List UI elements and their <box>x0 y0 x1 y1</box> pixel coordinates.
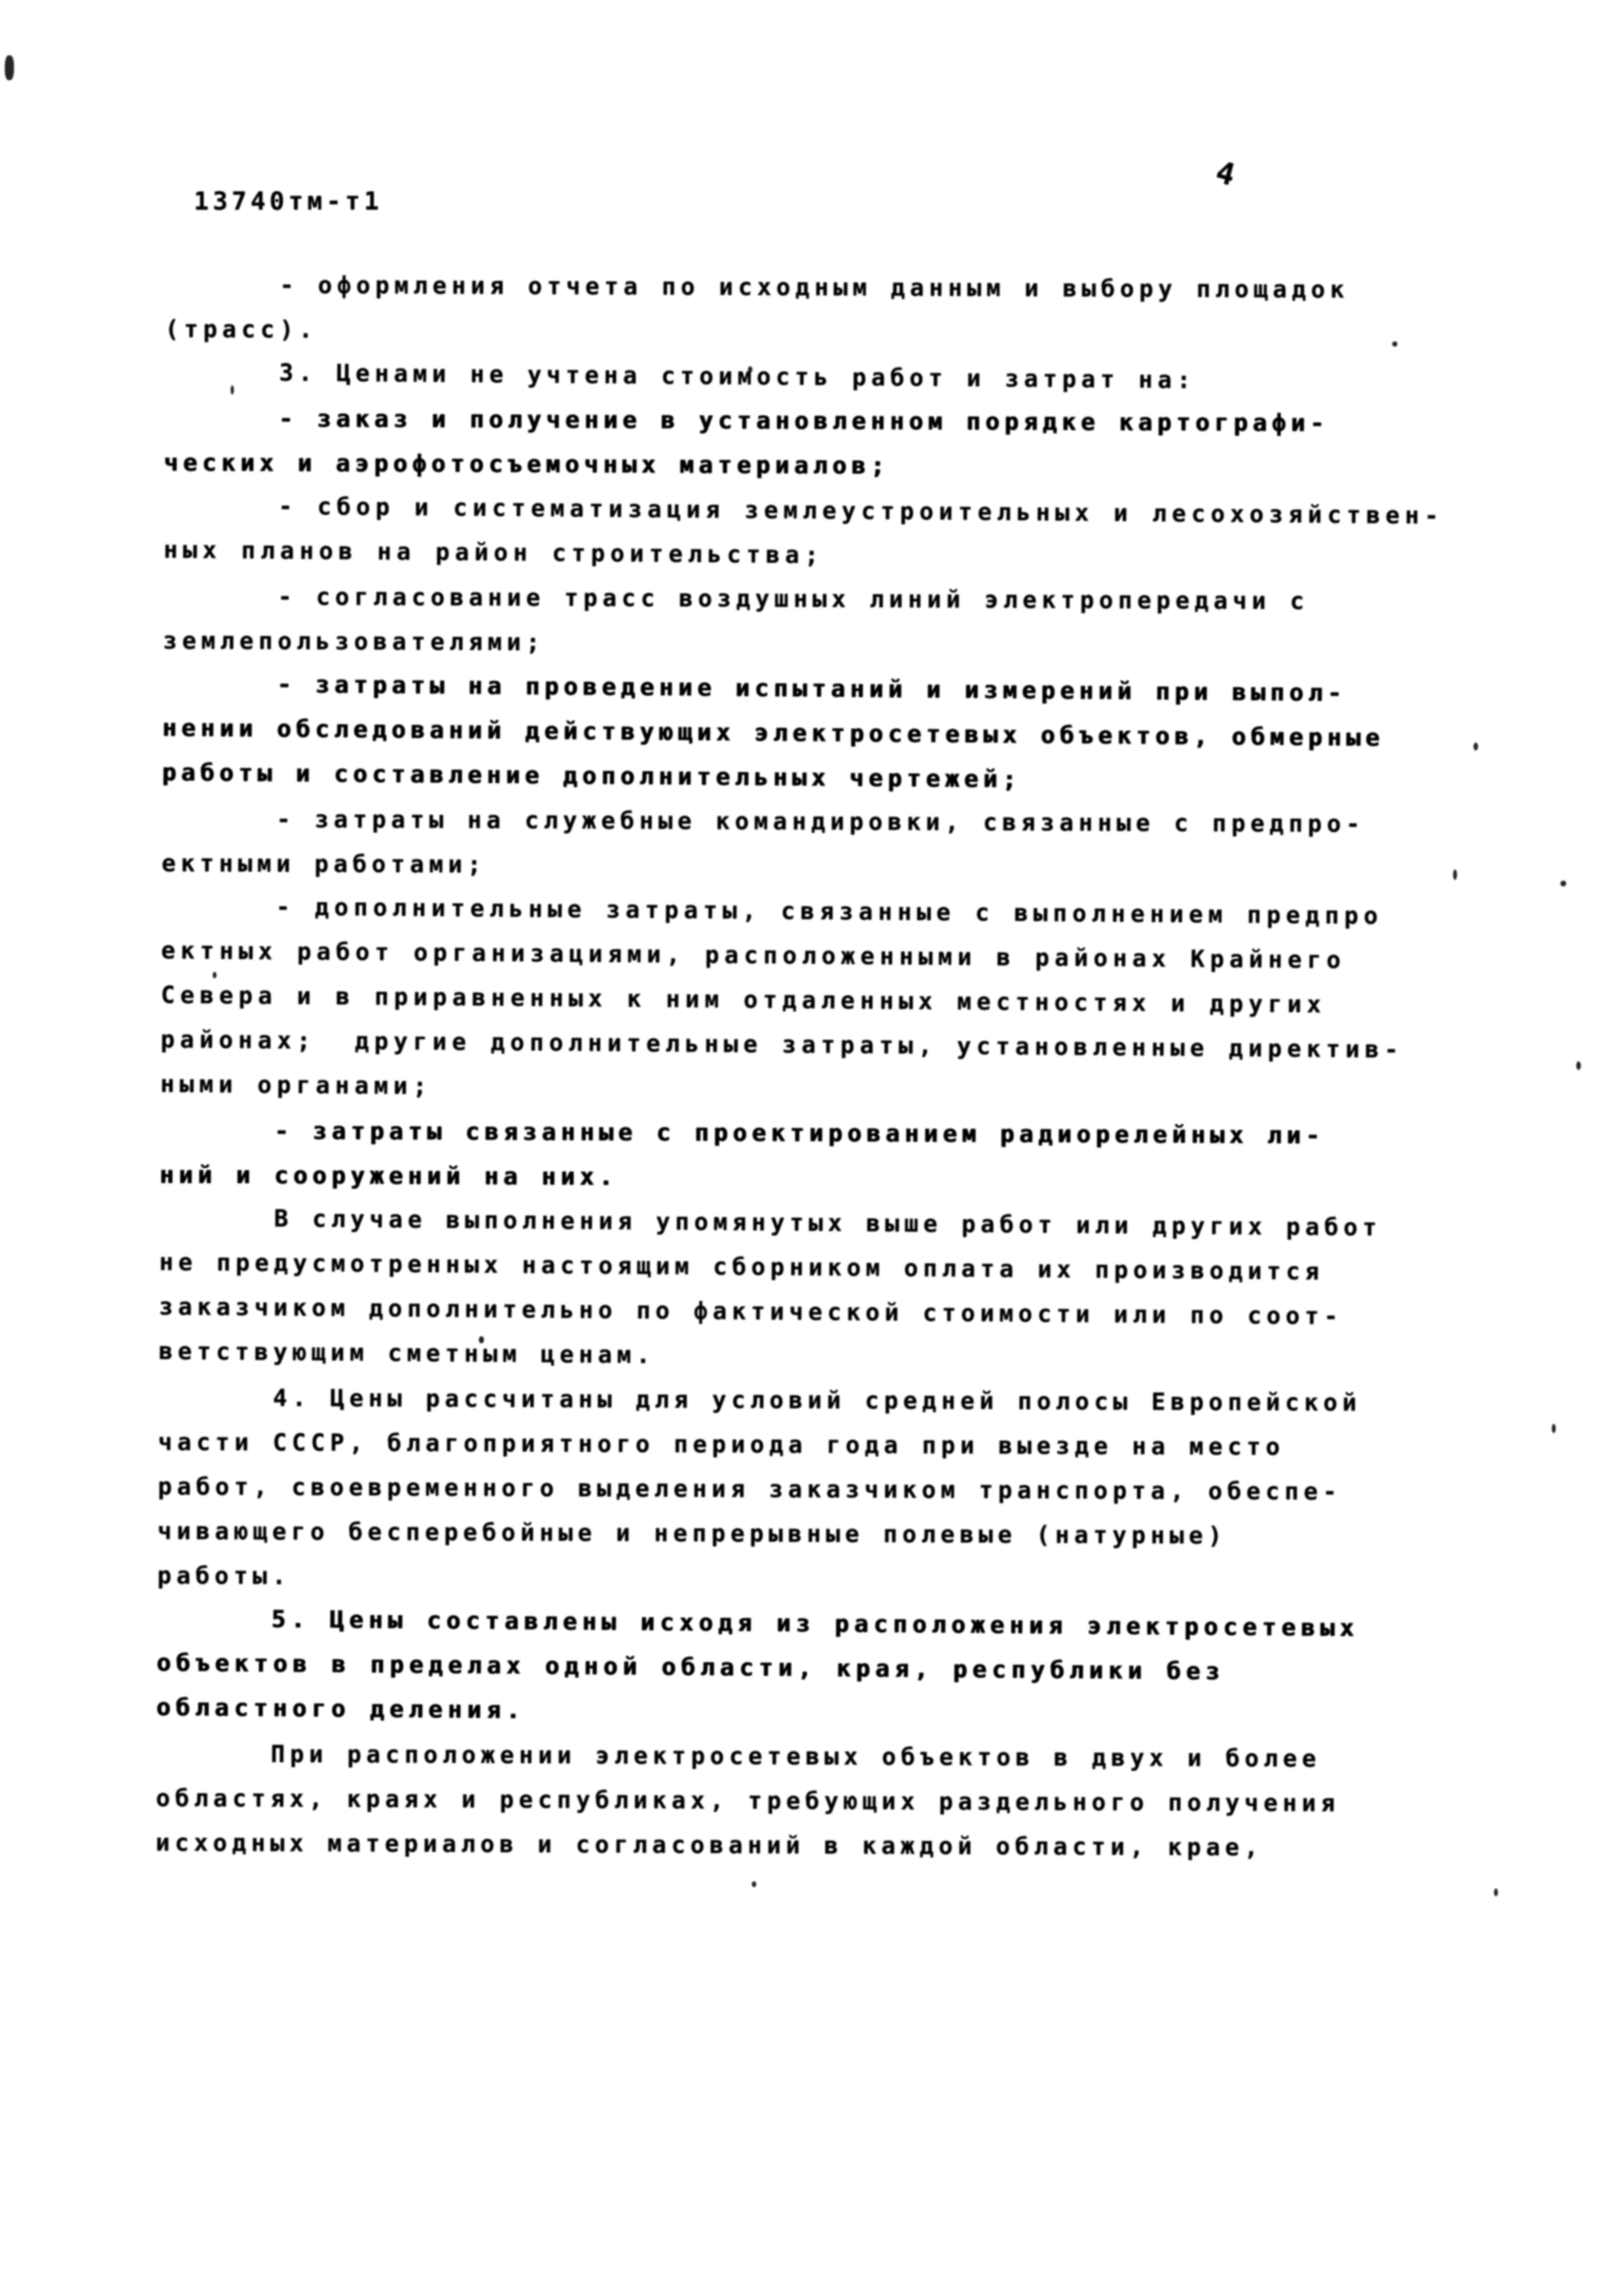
noise-speck <box>751 1881 756 1887</box>
noise-speck <box>1392 341 1398 346</box>
noise-speck <box>213 972 217 978</box>
noise-speck <box>1576 1061 1581 1070</box>
text-line: При расположении электросетевых объектов… <box>156 1732 1465 1783</box>
paragraph: - оформления отчета по исходным данным и… <box>165 262 1475 359</box>
paragraph: 3. Ценами не учтена стоимость работ и за… <box>164 351 1473 403</box>
paragraph: При расположении электросетевых объектов… <box>156 1731 1466 1872</box>
text-line: - оформления отчета по исходным данным и… <box>165 263 1474 314</box>
text-line: ний и сооружений на них. <box>160 1154 1469 1204</box>
noise-speck <box>748 366 753 373</box>
noise-speck <box>1494 1888 1498 1896</box>
text-line: (трасс). <box>165 308 1474 358</box>
noise-speck <box>478 1336 484 1343</box>
scanned-page: 13740тм-т1 4 - оформления отчета по исхо… <box>0 0 1624 2296</box>
paragraph: - дополнительные затраты, связанные с вы… <box>160 885 1471 1116</box>
paragraph: - согласование трасс воздушных линий эле… <box>163 574 1473 670</box>
paragraph: - сбор и систематизация землеустроительн… <box>164 484 1473 581</box>
text-line: областях, краях и республиках, требующих… <box>156 1777 1465 1827</box>
paragraph: В случае выполнения упомянутых выше рабо… <box>158 1197 1469 1383</box>
noise-speck <box>1561 881 1566 886</box>
text-line: землепользователями; <box>163 619 1472 670</box>
text-line: 4. Цены рассчитаны для условий средней п… <box>158 1376 1468 1427</box>
text-line: - затраты связанные с проектированием ра… <box>160 1109 1469 1159</box>
text-line: части СССР, благоприятного периода года … <box>158 1421 1467 1471</box>
text-line: работы. <box>157 1554 1466 1605</box>
text-line: ектными работами; <box>162 842 1471 892</box>
text-line: ческих и аэрофотосъемочных материалов; <box>164 441 1473 492</box>
document-number: 13740тм-т1 <box>194 187 383 215</box>
text-line: чивающего бесперебойные и непрерывные по… <box>158 1510 1467 1560</box>
noise-speck <box>1552 1424 1556 1433</box>
paragraph: - затраты на проведение испытаний и изме… <box>162 663 1472 804</box>
scan-layer: 13740тм-т1 4 - оформления отчета по исхо… <box>0 0 1624 2296</box>
noise-speck <box>1473 742 1478 750</box>
text-line: - заказ и получение в установленном поря… <box>164 397 1473 447</box>
document-body: - оформления отчета по исходным данным и… <box>156 262 1475 1872</box>
text-line: - затраты на служебные командировки, свя… <box>162 797 1471 848</box>
paragraph: - затраты на служебные командировки, свя… <box>162 796 1471 893</box>
noise-speck <box>5 55 14 80</box>
text-line: - согласование трасс воздушных линий эле… <box>163 575 1472 625</box>
text-line: исходных материалов и согласований в каж… <box>156 1821 1465 1872</box>
page-number: 4 <box>1212 154 1238 192</box>
paragraph: - заказ и получение в установленном поря… <box>164 395 1473 492</box>
paragraph: 5. Цены составлены исходя из расположени… <box>156 1597 1466 1739</box>
paragraph: - затраты связанные с проектированием ра… <box>160 1108 1470 1205</box>
text-line: работ, своевременного выделения заказчик… <box>158 1465 1467 1516</box>
paragraph: 4. Цены рассчитаны для условий средней п… <box>157 1375 1468 1605</box>
